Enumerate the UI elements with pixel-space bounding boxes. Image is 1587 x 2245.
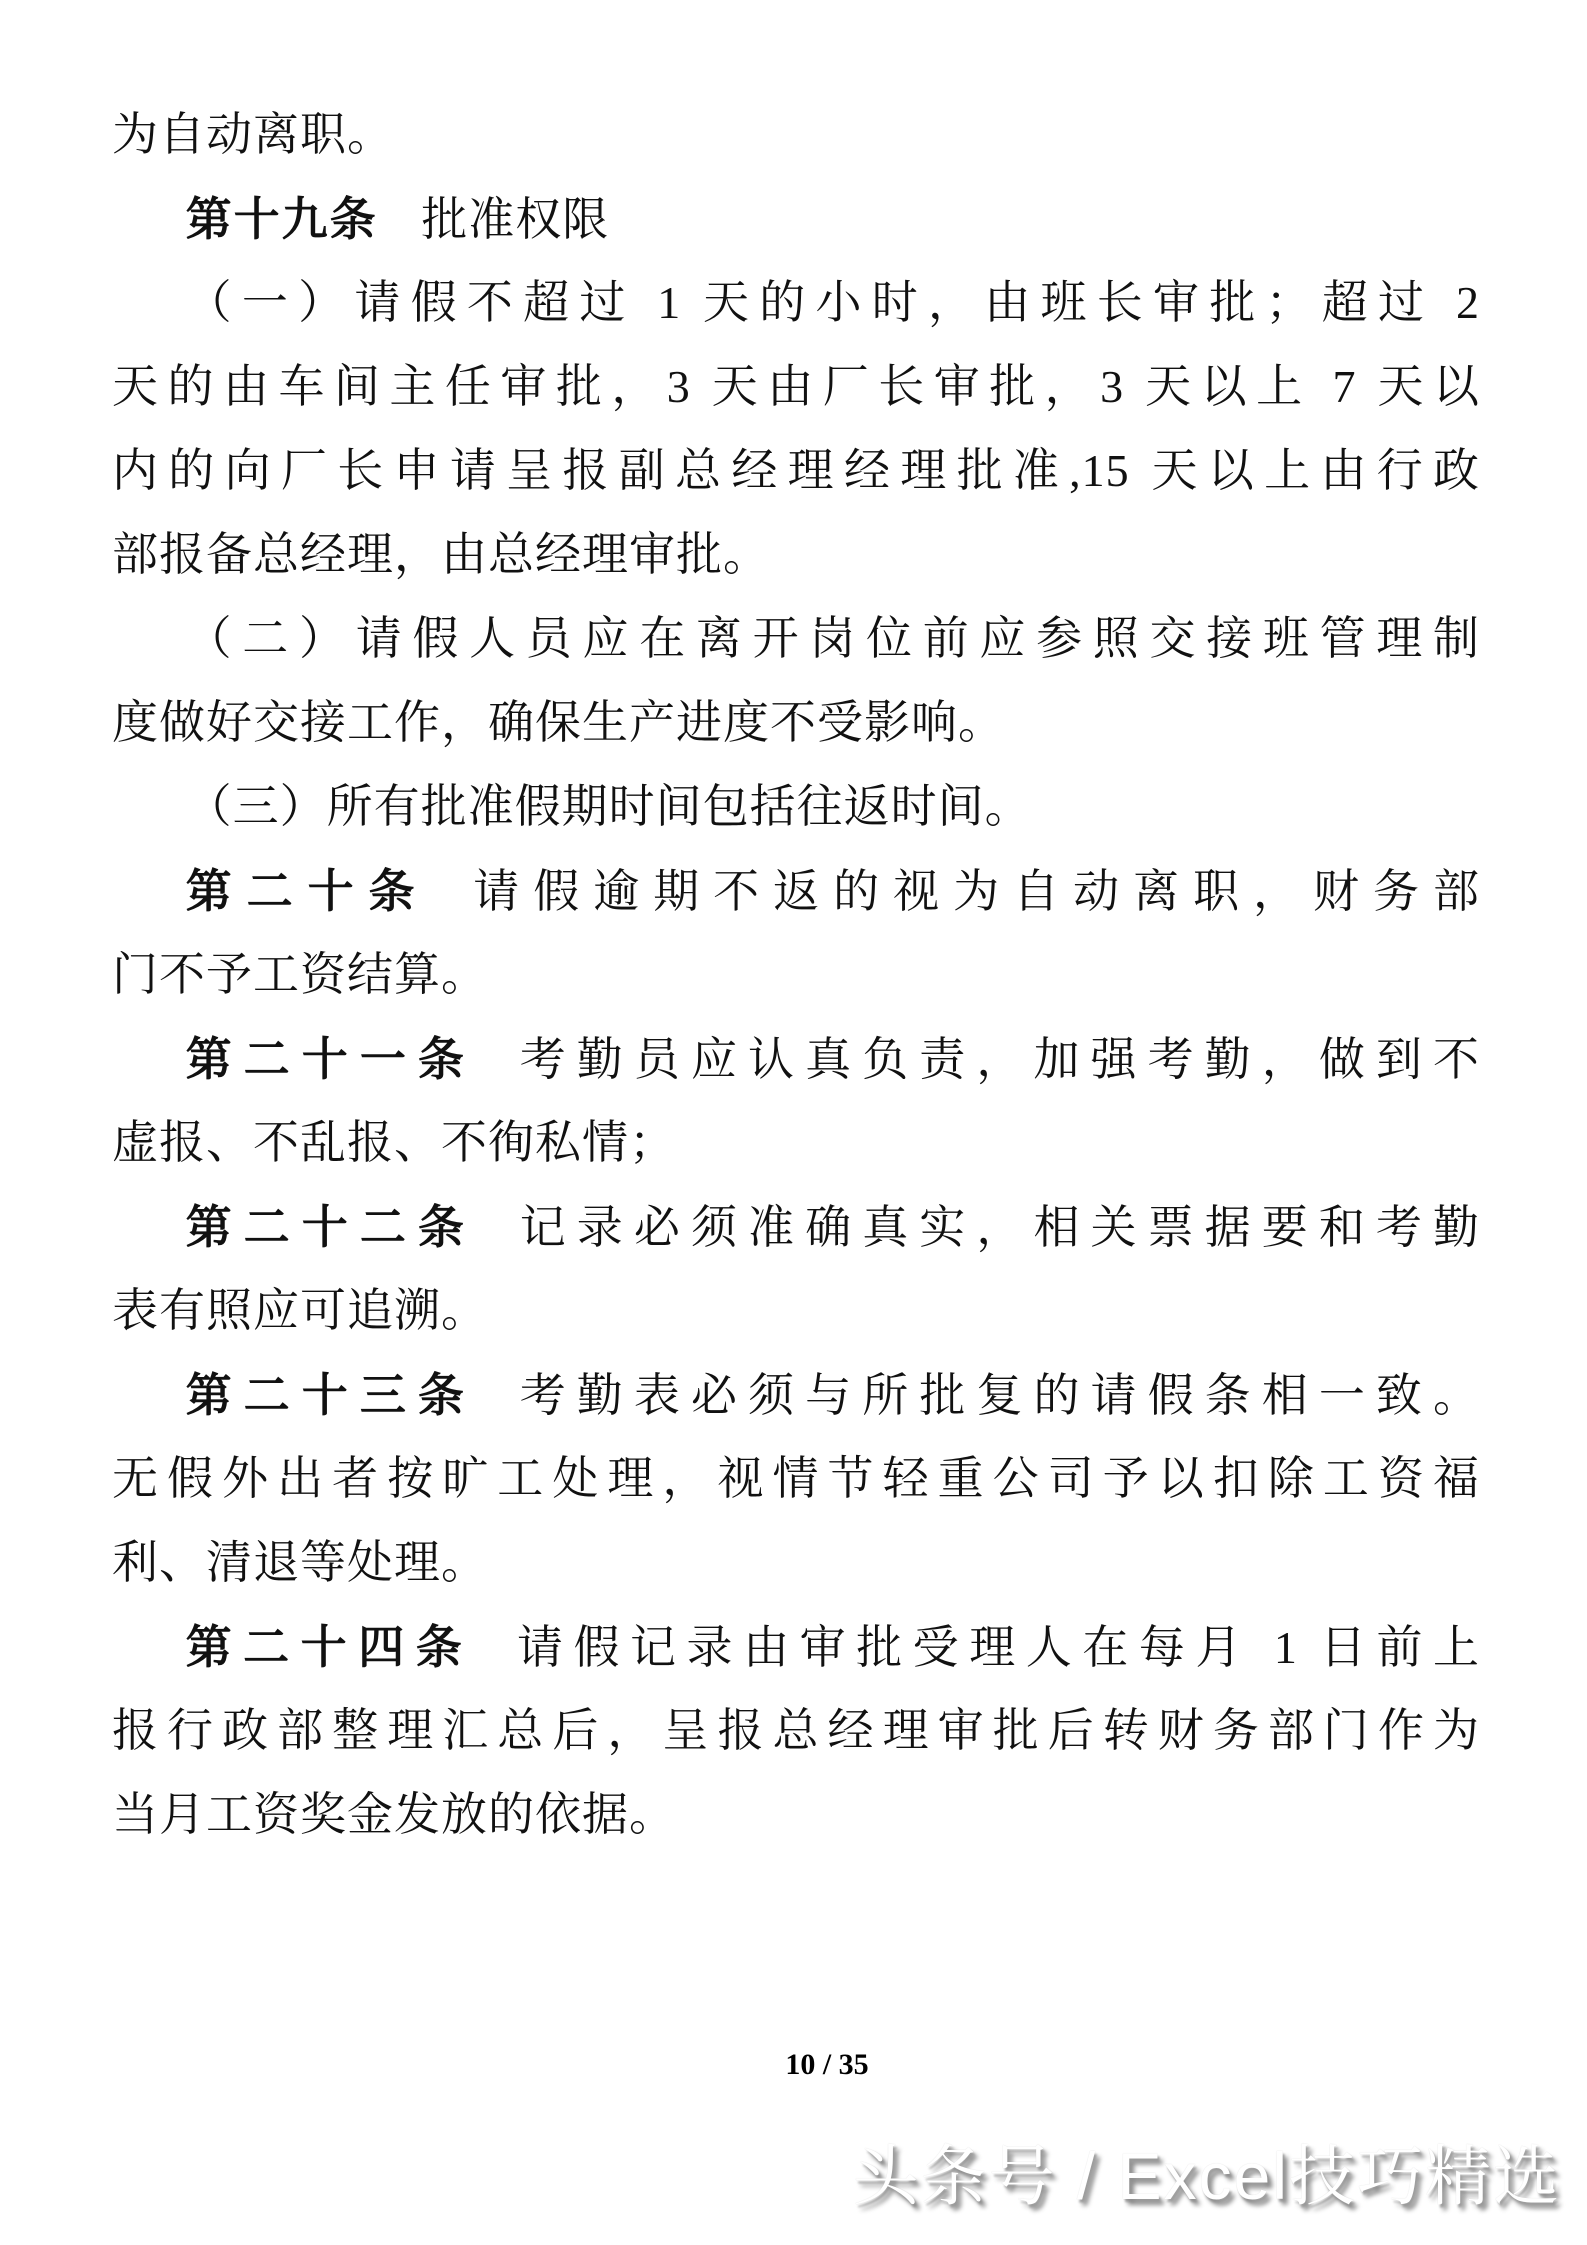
text-run: 请假记录由审批受理人在每月 1 日前上	[517, 1622, 1480, 1673]
clause-number: 第二十三条	[186, 1369, 476, 1421]
clause-number: 第十九条	[186, 193, 378, 245]
text-run: 当月工资奖金发放的依据。	[112, 1789, 676, 1840]
text-run: 门不予工资结算。	[112, 949, 488, 1000]
text-run: （二）请假人员应在离开岗位前应参照交接班管理制	[186, 613, 1480, 664]
text-line: 利、清退等处理。	[112, 1521, 1480, 1605]
text-run: 度做好交接工作，确保生产进度不受影响。	[112, 697, 1005, 748]
text-line: 为自动离职。	[112, 93, 1480, 177]
text-run: 考勤员应认真负责，加强考勤，做到不	[520, 1034, 1480, 1085]
text-run: 虚报、不乱报、不徇私情；	[112, 1117, 676, 1168]
text-line: 表有照应可追溯。	[112, 1269, 1480, 1353]
text-line: 第二十条请假逾期不返的视为自动离职，财务部	[112, 849, 1480, 933]
text-run: 利、清退等处理。	[112, 1537, 488, 1588]
text-line: 内的向厂长申请呈报副总经理经理批准,15 天以上由行政	[112, 429, 1480, 513]
text-line: 虚报、不乱报、不徇私情；	[112, 1101, 1480, 1185]
text-run: （三）所有批准假期时间包括往返时间。	[186, 781, 1032, 832]
text-run: 部报备总经理，由总经理审批。	[112, 529, 770, 580]
text-run: 内的向厂长申请呈报副总经理经理批准,15 天以上由行政	[112, 445, 1480, 496]
text-line: 第十九条批准权限	[112, 177, 1480, 261]
text-line: （三）所有批准假期时间包括往返时间。	[112, 765, 1480, 849]
text-line: 天的由车间主任审批，3 天由厂长审批，3 天以上 7 天以	[112, 345, 1480, 429]
text-line: 部报备总经理，由总经理审批。	[112, 513, 1480, 597]
text-line: 第二十三条考勤表必须与所批复的请假条相一致。	[112, 1353, 1480, 1437]
text-run: 为自动离职。	[112, 109, 394, 160]
text-run: 请假逾期不返的视为自动离职，财务部	[473, 866, 1480, 917]
document-body: 为自动离职。第十九条批准权限（一）请假不超过 1 天的小时，由班长审批；超过 2…	[112, 93, 1480, 1857]
text-line: （一）请假不超过 1 天的小时，由班长审批；超过 2	[112, 261, 1480, 345]
text-run: 考勤表必须与所批复的请假条相一致。	[520, 1370, 1480, 1421]
text-line: 第二十四条请假记录由审批受理人在每月 1 日前上	[112, 1605, 1480, 1689]
text-run: 表有照应可追溯。	[112, 1285, 488, 1336]
page-number: 10 / 35	[785, 2048, 868, 2082]
text-line: 门不予工资结算。	[112, 933, 1480, 1017]
text-line: 第二十一条考勤员应认真负责，加强考勤，做到不	[112, 1017, 1480, 1101]
text-line: 第二十二条记录必须准确真实，相关票据要和考勤	[112, 1185, 1480, 1269]
text-line: 度做好交接工作，确保生产进度不受影响。	[112, 681, 1480, 765]
clause-number: 第二十一条	[186, 1033, 476, 1085]
clause-number: 第二十条	[186, 865, 430, 917]
text-line: 无假外出者按旷工处理，视情节轻重公司予以扣除工资福	[112, 1437, 1480, 1521]
text-line: （二）请假人员应在离开岗位前应参照交接班管理制	[112, 597, 1480, 681]
text-run: 批准权限	[421, 194, 609, 245]
text-run: 报行政部整理汇总后，呈报总经理审批后转财务部门作为	[112, 1705, 1480, 1756]
watermark-text: 头条号 / Excel技巧精选	[853, 2143, 1561, 2209]
text-run: 记录必须准确真实，相关票据要和考勤	[520, 1202, 1480, 1253]
text-line: 报行政部整理汇总后，呈报总经理审批后转财务部门作为	[112, 1689, 1480, 1773]
clause-number: 第二十四条	[186, 1621, 474, 1673]
text-run: 天的由车间主任审批，3 天由厂长审批，3 天以上 7 天以	[112, 361, 1480, 412]
clause-number: 第二十二条	[186, 1201, 476, 1253]
text-run: 无假外出者按旷工处理，视情节轻重公司予以扣除工资福	[112, 1453, 1480, 1504]
document-page: 为自动离职。第十九条批准权限（一）请假不超过 1 天的小时，由班长审批；超过 2…	[0, 0, 1587, 2245]
text-run: （一）请假不超过 1 天的小时，由班长审批；超过 2	[186, 277, 1480, 328]
text-line: 当月工资奖金发放的依据。	[112, 1773, 1480, 1857]
